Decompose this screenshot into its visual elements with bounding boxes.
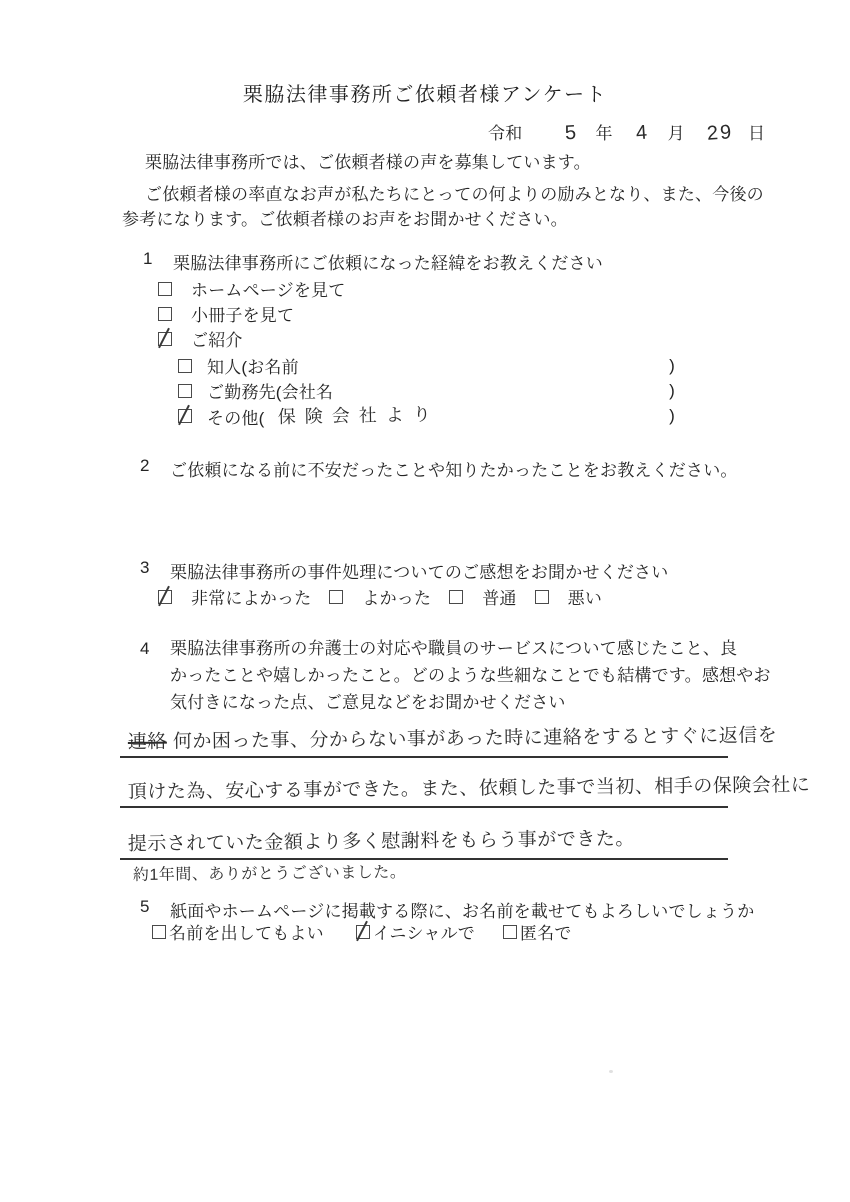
- q1-sub-option-other: その他( 保険会社より ): [178, 403, 675, 429]
- q3-very-good-label: 非常によかった: [191, 584, 311, 609]
- month-label: 月: [668, 124, 685, 143]
- checkbox-bad: [535, 590, 549, 604]
- question-4-text-line2: かったことや嬉しかったこと。どのような些細なことでも結構です。感想やお: [170, 662, 771, 689]
- checkbox-acquaintance: [178, 359, 192, 373]
- era-label: 令和: [488, 124, 522, 143]
- answer-handwriting-line-3: 提示されていた金額より多く慰謝料をもらう事ができた。: [128, 824, 635, 856]
- question-1-text: 栗脇法律事務所にご依頼になった経緯をお教えください: [173, 249, 603, 274]
- q1-option-homepage: ホームページを見て: [158, 276, 345, 301]
- q1-sub-option-workplace: ご勤務先(会社名 ): [178, 378, 675, 403]
- question-1-heading: 1 栗脇法律事務所にご依頼になった経緯をお教えください: [143, 249, 603, 274]
- q5-initials-label: イニシャルで: [373, 919, 475, 944]
- q3-option-good: よかった: [329, 584, 431, 609]
- answer-rule-line-1: 連絡何か困った事、分からない事があった時に連絡をするとすぐに返信を: [120, 722, 728, 758]
- q1-option-booklet: 小冊子を見て: [158, 301, 294, 326]
- question-1-number: 1: [143, 249, 173, 274]
- answer-rule-line-2: 頂けた為、安心する事ができた。また、依頼した事で当初、相手の保険会社に: [120, 772, 728, 808]
- intro-line-1: 栗脇法律事務所では、ご依頼者様の声を募集しています。: [145, 148, 591, 173]
- q1-option-homepage-label: ホームページを見て: [191, 276, 345, 301]
- checkbox-good: [329, 590, 343, 604]
- q5-option-initials: イニシャルで: [356, 919, 475, 944]
- answer-struck-word: 連絡: [128, 732, 167, 753]
- answer-handwriting-footer: 約1年間、ありがとうございました。: [133, 859, 407, 885]
- checkbox-referral: [158, 332, 172, 346]
- answer-rule-line-3: 提示されていた金額より多く慰謝料をもらう事ができた。: [120, 824, 728, 860]
- q5-anonymous-label: 匿名で: [520, 919, 572, 944]
- question-3-heading: 3 栗脇法律事務所の事件処理についてのご感想をお聞かせください: [140, 558, 668, 583]
- q1-sub-workplace-fill: [333, 381, 669, 401]
- checkbox-use-name: [152, 925, 166, 939]
- q1-sub-option-acquaintance: 知人(お名前 ): [178, 353, 675, 378]
- date-line: 令和 5 年 4 月 29 日: [488, 119, 765, 145]
- scan-speck: [609, 1070, 613, 1073]
- question-4-heading: 4 栗脇法律事務所の弁護士の対応や職員のサービスについて感じたこと、良 かったこ…: [140, 635, 771, 716]
- q3-options-row: 非常によかった よかった 普通 悪い: [158, 584, 620, 609]
- q1-sub-acquaintance-fill: [299, 356, 669, 376]
- question-2-heading: 2 ご依頼になる前に不安だったことや知りたかったことをお教えください。: [140, 456, 738, 481]
- question-3-number: 3: [140, 558, 170, 583]
- q1-sub-other-label: その他(: [207, 404, 264, 429]
- q1-sub-acquaintance-label: 知人(お名前: [207, 353, 299, 378]
- q5-options-row: 名前を出してもよい イニシャルで 匿名で: [152, 919, 572, 944]
- question-3-text: 栗脇法律事務所の事件処理についてのご感想をお聞かせください: [170, 558, 668, 583]
- question-4-text-line3: 気付きになった点、ご意見などをお聞かせください: [170, 689, 771, 716]
- checkbox-very-good: [158, 590, 172, 604]
- q1-option-booklet-label: 小冊子を見て: [191, 301, 294, 326]
- year-value-handwritten: 5: [564, 122, 577, 146]
- answer-handwriting-line-1: 連絡何か困った事、分からない事があった時に連絡をするとすぐに返信を: [128, 720, 778, 754]
- checkbox-homepage: [158, 282, 172, 296]
- intro-line-2: ご依頼者様の率直なお声が私たちにとっての何よりの励みとなり、また、今後の: [145, 180, 764, 205]
- q3-option-normal: 普通: [449, 584, 516, 609]
- checkbox-normal: [449, 590, 463, 604]
- day-label: 日: [748, 124, 765, 143]
- intro-line-3: 参考になります。ご依頼者様のお声をお聞かせください。: [122, 205, 568, 230]
- other-fill-handwriting: 保険会社より: [278, 400, 440, 429]
- q3-option-very-good: 非常によかった: [158, 584, 311, 609]
- day-value-handwritten: 29: [707, 121, 735, 146]
- q1-sub-workplace-label: ご勤務先(会社名: [207, 378, 333, 403]
- q5-option-anonymous: 匿名で: [503, 919, 572, 944]
- q1-option-referral-label: ご紹介: [191, 326, 243, 351]
- year-label: 年: [595, 124, 612, 143]
- checkbox-booklet: [158, 307, 172, 321]
- q3-option-bad: 悪い: [535, 584, 602, 609]
- survey-document-page: 栗脇法律事務所ご依頼者様アンケート 令和 5 年 4 月 29 日 栗脇法律事務…: [0, 0, 850, 1202]
- q3-bad-label: 悪い: [568, 584, 602, 609]
- q1-option-referral: ご紹介: [158, 326, 243, 351]
- q3-normal-label: 普通: [482, 584, 516, 609]
- answer-handwriting-line-2: 頂けた為、安心する事ができた。また、依頼した事で当初、相手の保険会社に: [128, 770, 811, 804]
- q5-use-name-label: 名前を出してもよい: [169, 919, 324, 944]
- question-4-text-line1: 栗脇法律事務所の弁護士の対応や職員のサービスについて感じたこと、良: [170, 635, 737, 662]
- question-4-number: 4: [140, 635, 170, 662]
- checkbox-initials: [356, 925, 370, 939]
- form-title: 栗脇法律事務所ご依頼者様アンケート: [0, 78, 850, 107]
- question-2-text: ご依頼になる前に不安だったことや知りたかったことをお教えください。: [170, 456, 738, 481]
- q5-option-use-name: 名前を出してもよい: [152, 919, 324, 944]
- q1-sub-other-fill: 保険会社より: [264, 403, 669, 429]
- q1-sub-workplace-close-paren: ): [669, 381, 675, 401]
- question-2-number: 2: [140, 456, 170, 481]
- month-value-handwritten: 4: [635, 122, 648, 146]
- q1-sub-acquaintance-close-paren: ): [669, 356, 675, 376]
- q1-sub-other-close-paren: ): [669, 406, 675, 426]
- checkbox-other: [178, 409, 192, 423]
- q3-good-label: よかった: [362, 584, 431, 609]
- checkbox-anonymous: [503, 925, 517, 939]
- checkbox-workplace: [178, 384, 192, 398]
